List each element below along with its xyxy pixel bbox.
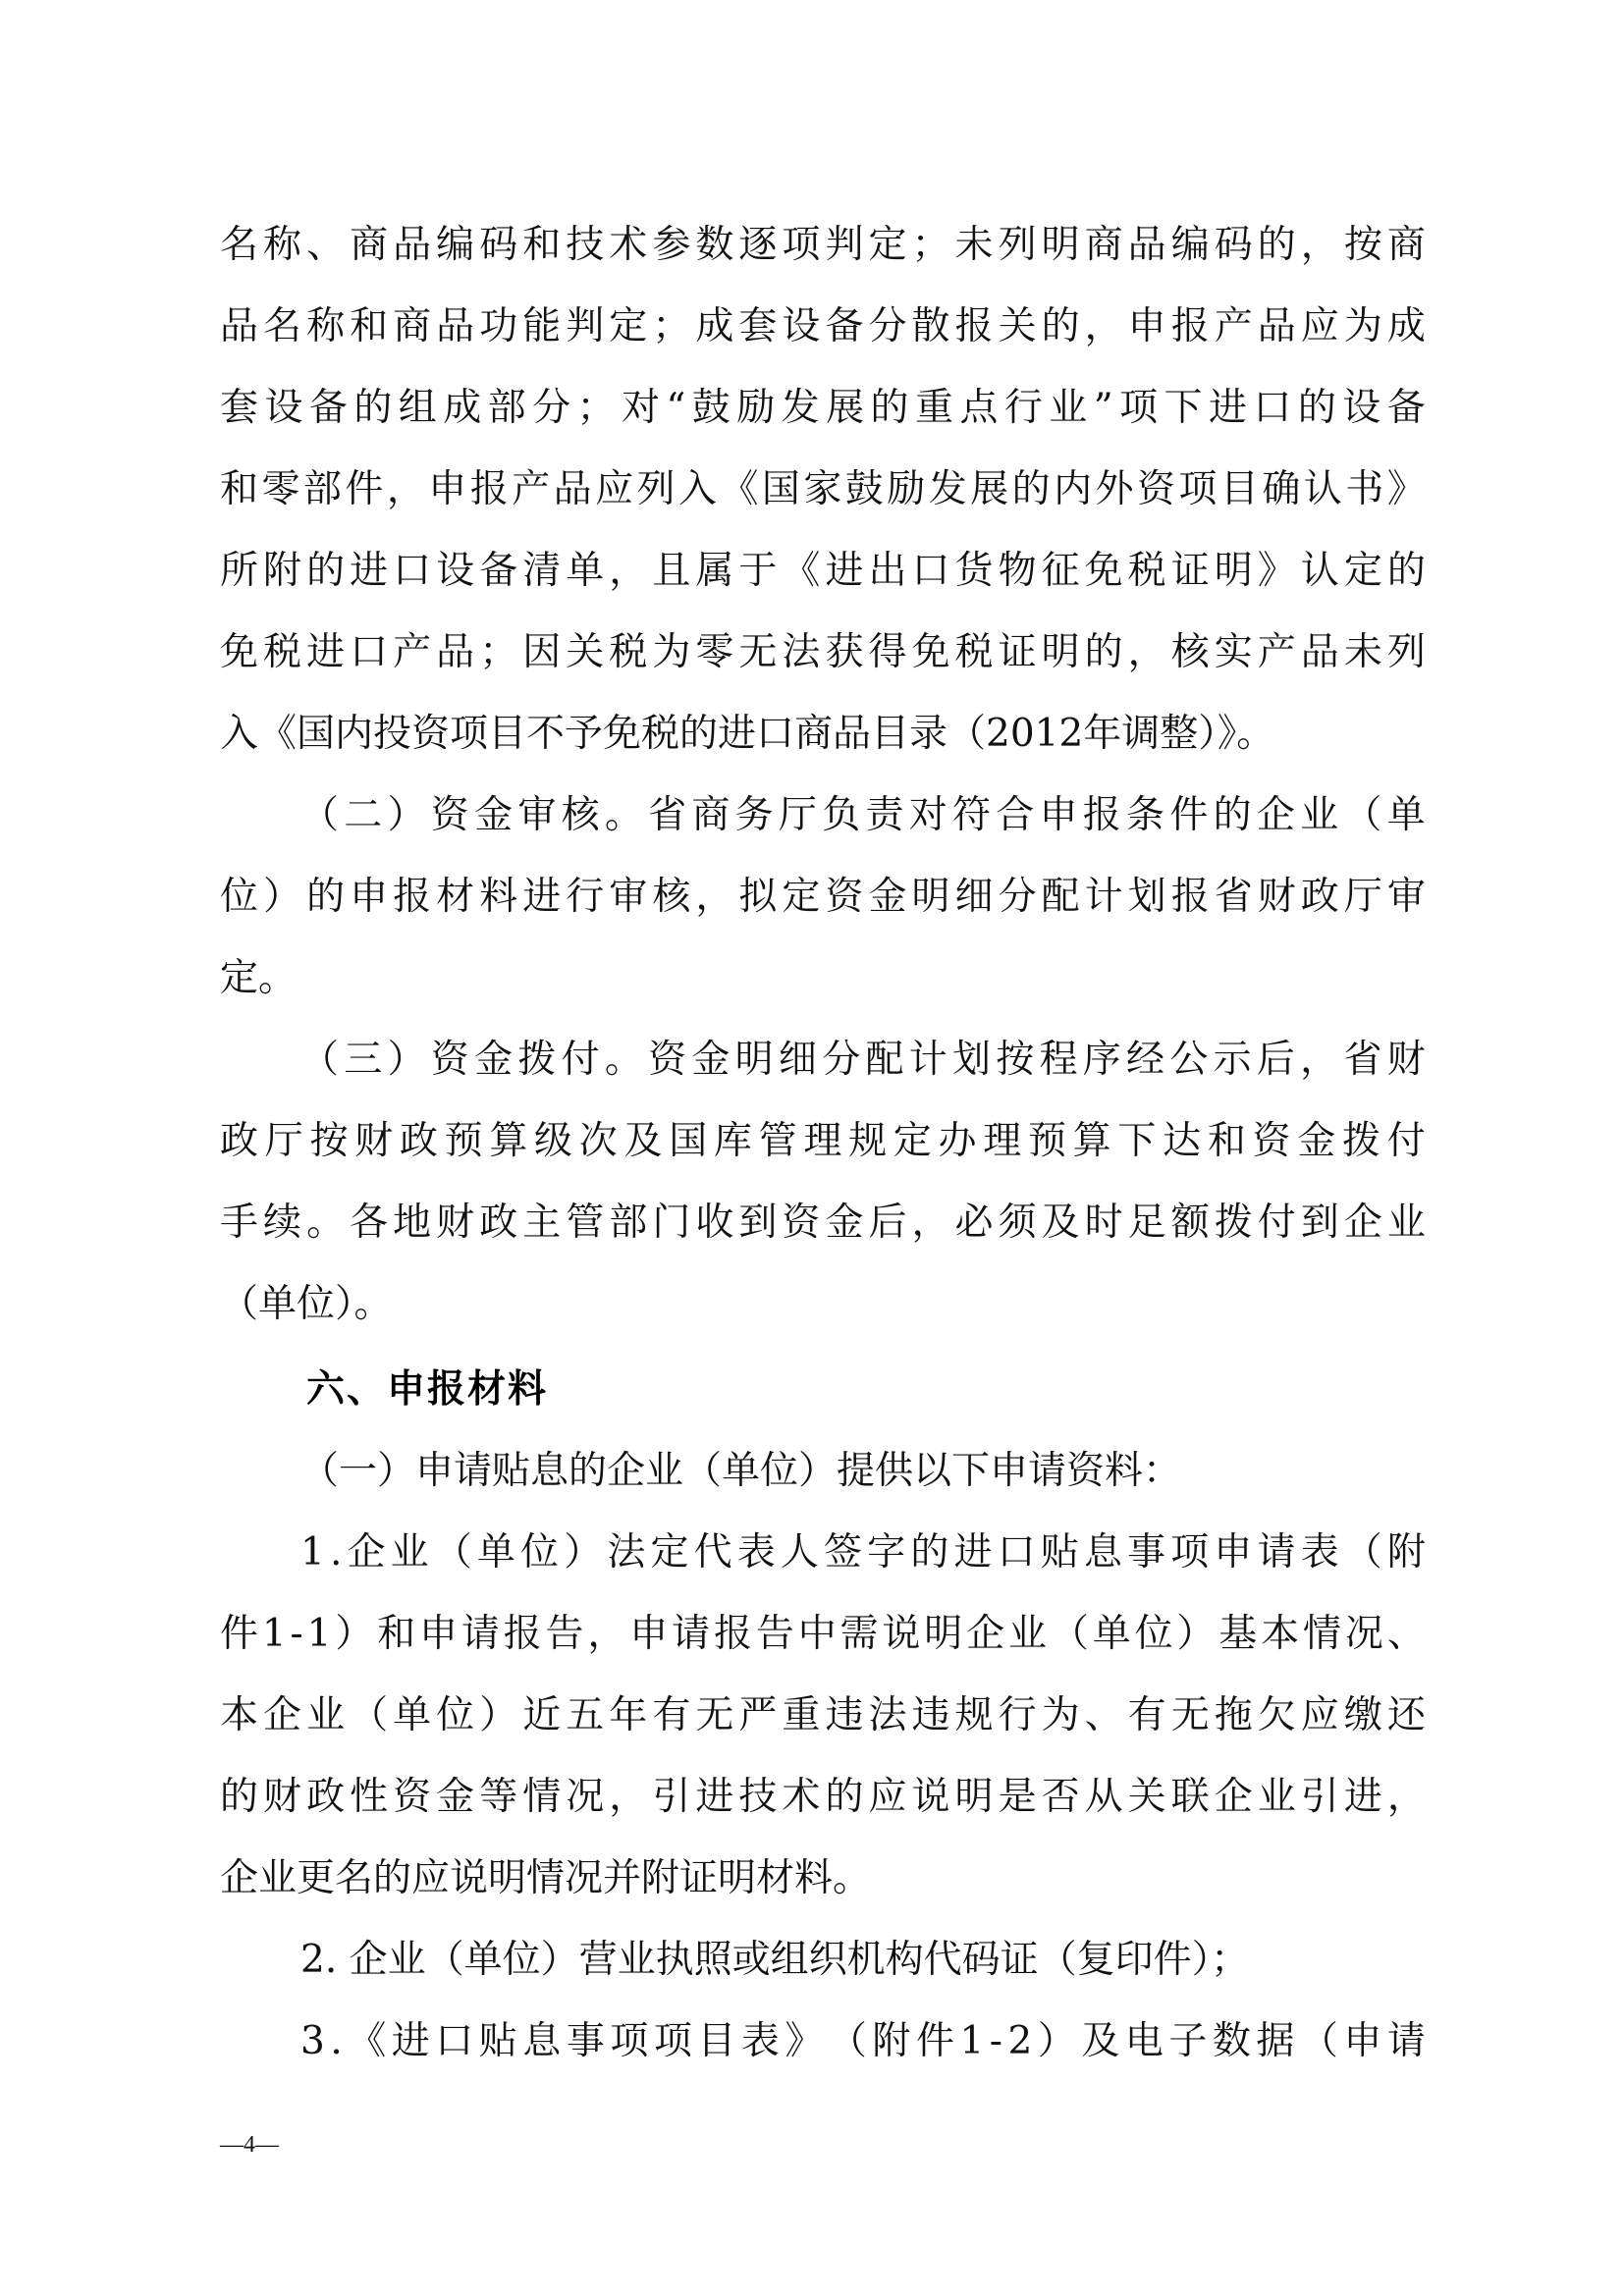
paragraph-line: 本企业（单位）近五年有无严重违法违规行为、有无拖欠应缴还 (220, 1692, 1426, 1739)
list-item-line: 1.企业（单位）法定代表人签字的进口贴息事项申请表（附 (300, 1529, 1426, 1576)
section-fund-review-line: （二）资金审核。省商务厅负责对符合申报条件的企业（单 (300, 792, 1426, 839)
paragraph-line: 的财政性资金等情况，引进技术的应说明是否从关联企业引进， (220, 1774, 1426, 1821)
paragraph-line: （单位）。 (220, 1281, 1426, 1328)
paragraph-line: 入《国内投资项目不予免税的进口商品目录（2012年调整）》。 (220, 711, 1426, 758)
paragraph-line: 政厅按财政预算级次及国库管理规定办理预算下达和资金拨付 (220, 1118, 1426, 1165)
subsection-line: （一）申请贴息的企业（单位）提供以下申请资料： (300, 1448, 1426, 1495)
page-number: —4— (220, 2130, 279, 2160)
section-fund-disbursement-line: （三）资金拨付。资金明细分配计划按程序经公示后，省财 (300, 1037, 1426, 1084)
paragraph-line: 位）的申报材料进行审核，拟定资金明细分配计划报省财政厅审 (220, 874, 1426, 921)
list-item-line: 2. 企业（单位）营业执照或组织机构代码证（复印件）； (300, 1937, 1426, 1984)
paragraph-line: 手续。各地财政主管部门收到资金后，必须及时足额拨付到企业 (220, 1200, 1426, 1247)
paragraph-line: 所附的进口设备清单，且属于《进出口货物征免税证明》认定的 (220, 548, 1426, 595)
paragraph-line: 免税进口产品；因关税为零无法获得免税证明的，核实产品未列 (220, 629, 1426, 676)
paragraph-line: 和零部件，申报产品应列入《国家鼓励发展的内外资项目确认书》 (220, 466, 1426, 513)
paragraph-line: 名称、商品编码和技术参数逐项判定；未列明商品编码的，按商 (220, 222, 1426, 269)
paragraph-line: 件1-1）和申请报告，申请报告中需说明企业（单位）基本情况、 (220, 1611, 1426, 1658)
document-page: 名称、商品编码和技术参数逐项判定；未列明商品编码的，按商 品名称和商品功能判定；… (0, 0, 1624, 2296)
paragraph-line: 品名称和商品功能判定；成套设备分散报关的，申报产品应为成 (220, 303, 1426, 350)
paragraph-line: 企业更名的应说明情况并附证明材料。 (220, 1855, 1426, 1902)
list-item-line: 3.《进口贴息事项项目表》（附件1-2）及电子数据（申请 (300, 2018, 1426, 2065)
paragraph-line: 定。 (220, 955, 1426, 1002)
section-heading: 六、申报材料 (306, 1366, 548, 1414)
paragraph-line: 套设备的组成部分；对“鼓励发展的重点行业”项下进口的设备 (220, 385, 1426, 432)
